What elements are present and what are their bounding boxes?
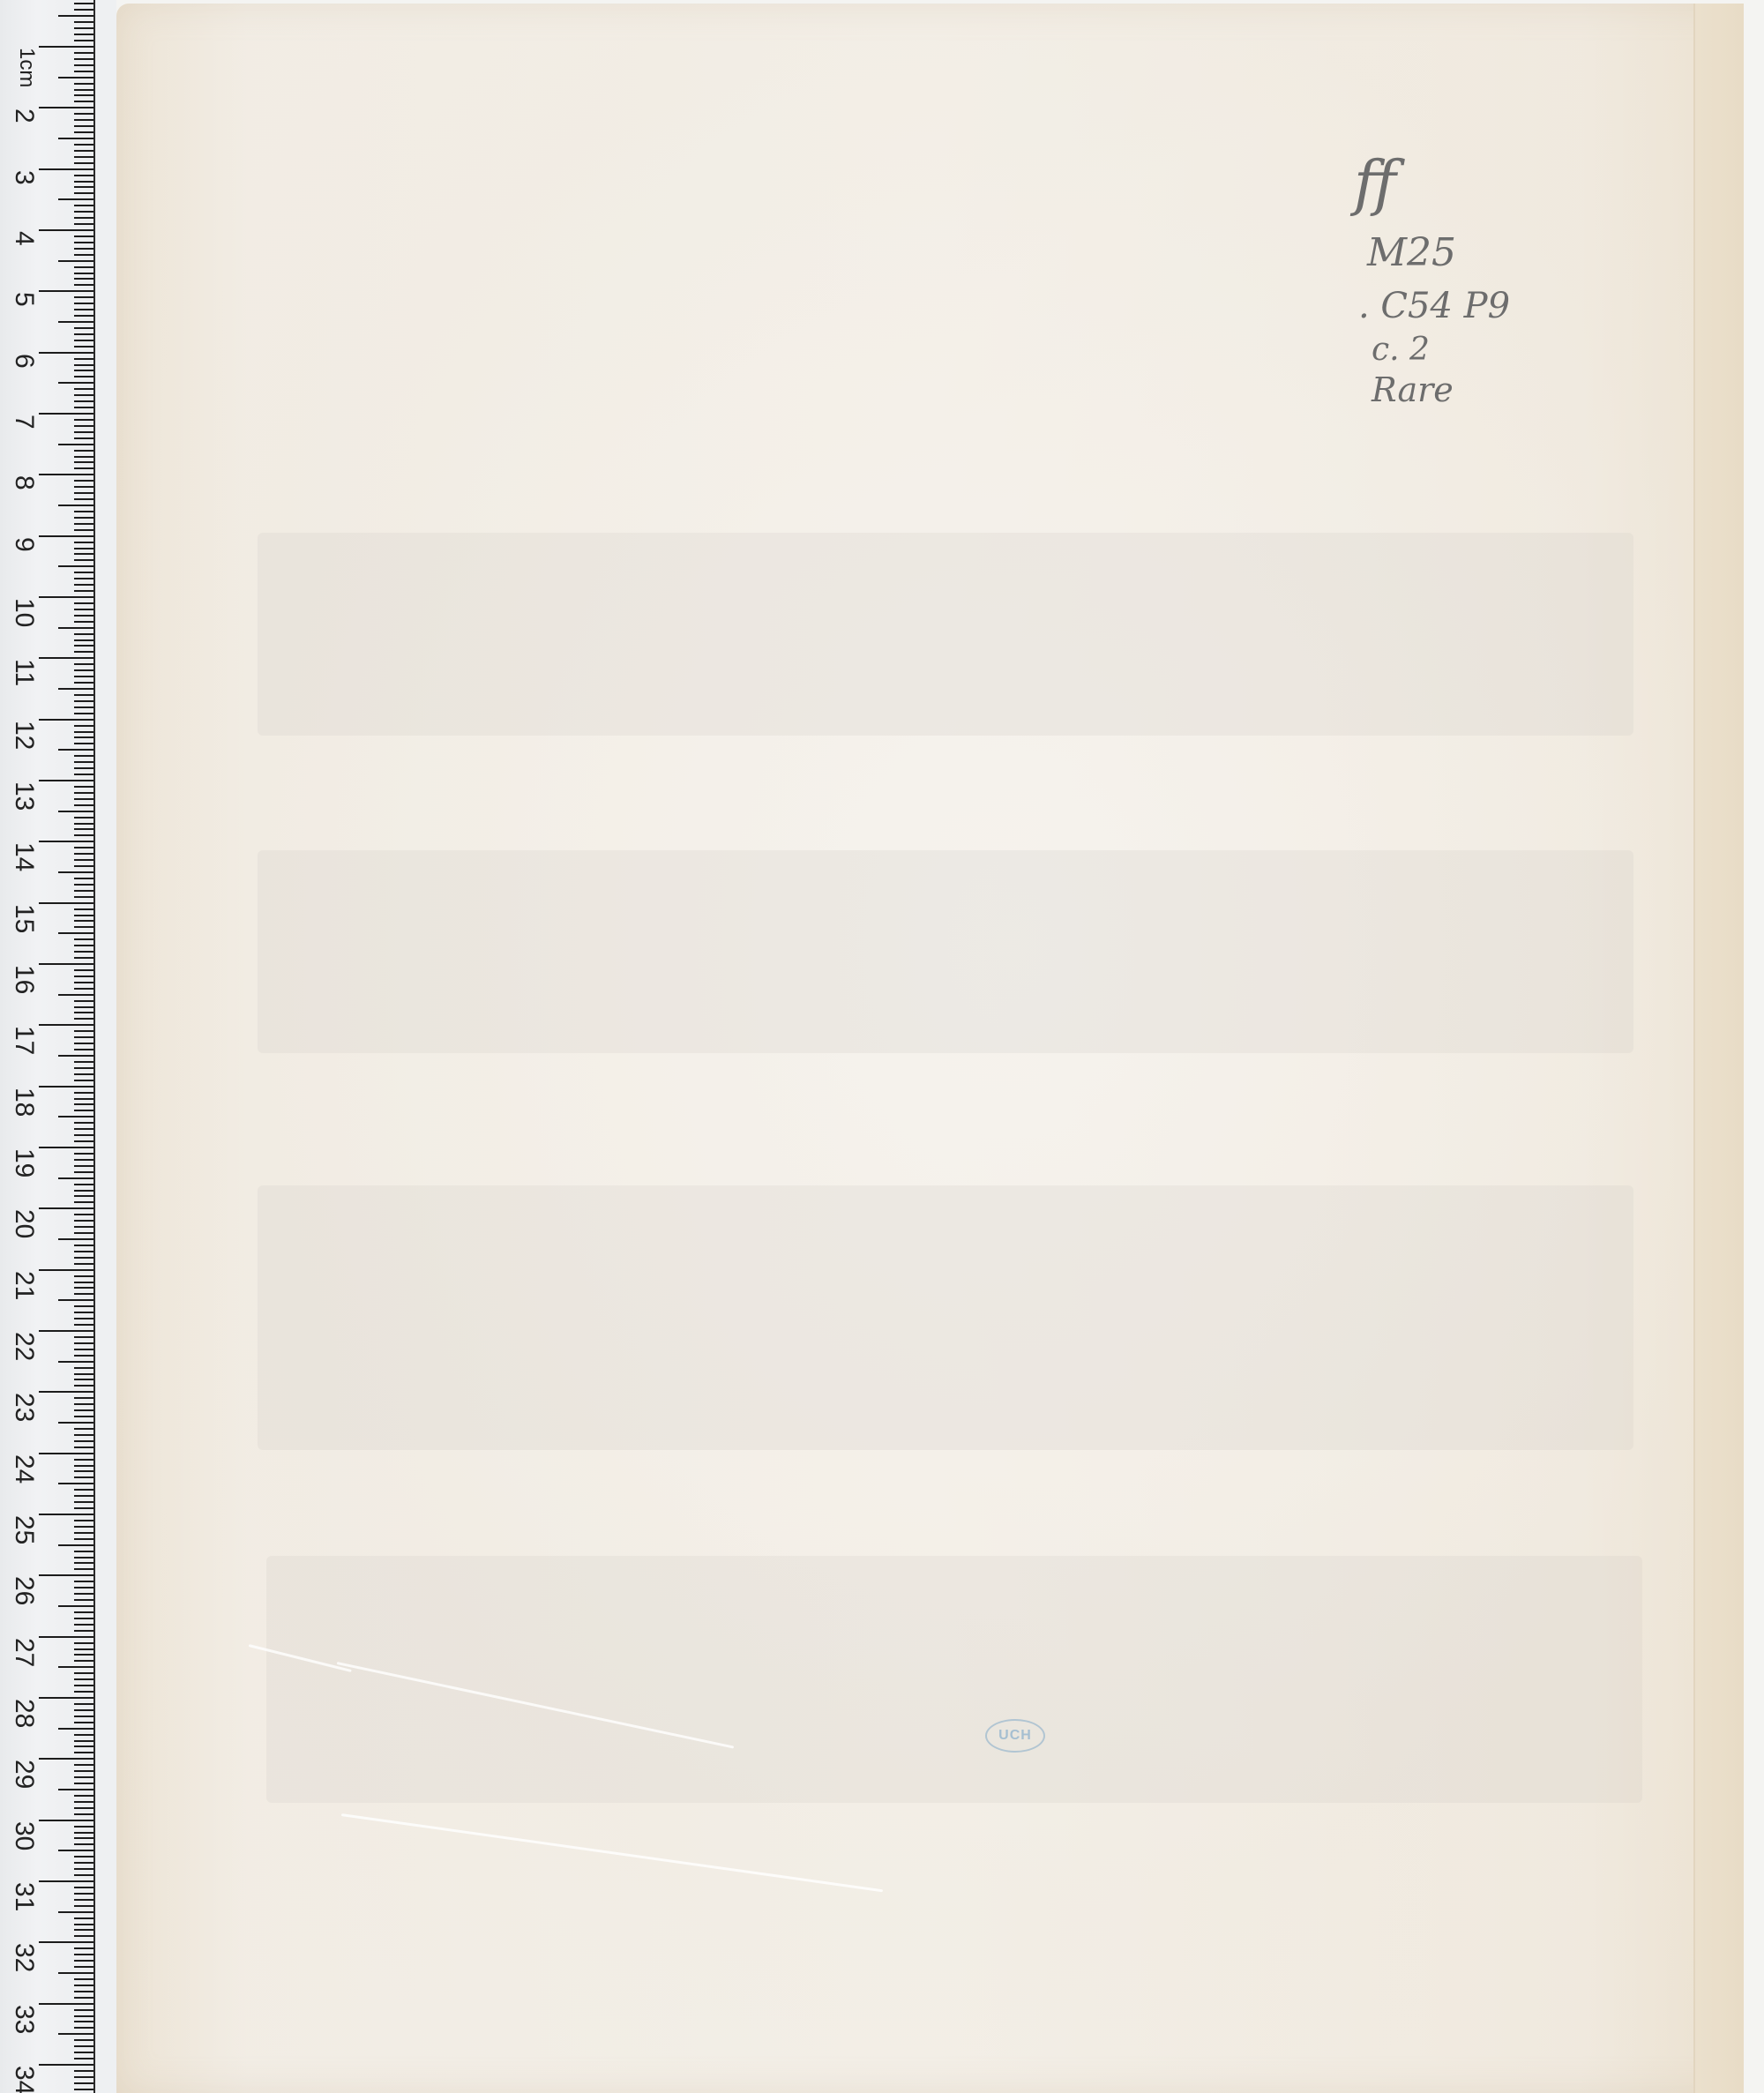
ruler-tick bbox=[74, 309, 93, 310]
ruler-tick bbox=[74, 1171, 93, 1173]
library-stamp: UCH bbox=[985, 1719, 1045, 1753]
ruler-tick bbox=[74, 1305, 93, 1307]
ruler-tick bbox=[74, 1470, 93, 1472]
ruler-tick bbox=[74, 1214, 93, 1215]
ruler-tick bbox=[74, 1140, 93, 1142]
ruler-number: 16 bbox=[9, 965, 39, 994]
ruler-number: 15 bbox=[9, 904, 39, 933]
ruler-tick bbox=[74, 1195, 93, 1197]
ruler-tick bbox=[74, 615, 93, 617]
ruler-tick bbox=[74, 1978, 93, 1980]
ruler-tick bbox=[74, 1416, 93, 1417]
ruler-number: 29 bbox=[9, 1760, 39, 1789]
ruler-tick bbox=[74, 1036, 93, 1038]
ruler-tick bbox=[74, 131, 93, 133]
ruler-tick bbox=[74, 1507, 93, 1509]
ruler-tick bbox=[74, 676, 93, 677]
ruler-tick bbox=[74, 1654, 93, 1656]
ruler-tick bbox=[74, 725, 93, 727]
ruler-tick bbox=[74, 1557, 93, 1559]
ruler-tick bbox=[74, 706, 93, 708]
ruler-tick bbox=[74, 333, 93, 335]
ruler-tick bbox=[58, 1728, 93, 1730]
ruler-tick bbox=[74, 1862, 93, 1864]
paper-crease bbox=[341, 1813, 883, 1892]
ruler-tick bbox=[74, 1080, 93, 1081]
ruler-tick bbox=[74, 1801, 93, 1803]
ruler-tick bbox=[74, 437, 93, 439]
ruler-tick bbox=[74, 2045, 93, 2047]
ruler-tick bbox=[58, 2033, 93, 2035]
ruler-tick bbox=[74, 27, 93, 29]
ruler-tick bbox=[74, 1917, 93, 1919]
ruler-tick bbox=[74, 296, 93, 298]
annotation-line: M25 bbox=[1367, 234, 1510, 273]
ruler-tick bbox=[74, 376, 93, 377]
ruler-tick bbox=[58, 198, 93, 200]
ruler-tick bbox=[39, 1147, 93, 1148]
ruler-tick bbox=[74, 1703, 93, 1705]
ruler-tick bbox=[74, 1067, 93, 1069]
ruler-tick bbox=[74, 1476, 93, 1478]
ruler-tick bbox=[39, 229, 93, 231]
ruler-tick bbox=[74, 529, 93, 531]
ruler-tick bbox=[74, 89, 93, 91]
ruler-tick bbox=[74, 1599, 93, 1601]
ruler-tick bbox=[58, 77, 93, 78]
ruler-tick bbox=[74, 1770, 93, 1772]
ruler-tick bbox=[58, 505, 93, 506]
ruler-number: 17 bbox=[9, 1026, 39, 1055]
show-through-block bbox=[258, 533, 1633, 736]
ruler-tick bbox=[74, 896, 93, 898]
show-through-block bbox=[266, 1556, 1642, 1803]
ruler-tick bbox=[74, 511, 93, 512]
ruler-tick bbox=[74, 358, 93, 360]
ruler-tick bbox=[74, 823, 93, 825]
ruler-tick bbox=[39, 719, 93, 721]
ruler-tick bbox=[39, 1024, 93, 1026]
ruler-tick bbox=[74, 1220, 93, 1222]
ruler-number: 20 bbox=[9, 1209, 39, 1238]
ruler-number: 24 bbox=[9, 1454, 39, 1484]
ruler-tick bbox=[74, 278, 93, 280]
ruler-tick bbox=[74, 1159, 93, 1161]
ruler-tick bbox=[74, 175, 93, 176]
ruler-tick bbox=[74, 1826, 93, 1828]
ruler-tick bbox=[74, 1795, 93, 1797]
ruler-tick bbox=[74, 1446, 93, 1448]
ruler-tick bbox=[74, 1245, 93, 1246]
ruler-tick bbox=[74, 1887, 93, 1888]
ruler-tick bbox=[39, 2064, 93, 2066]
ruler-tick bbox=[74, 1012, 93, 1013]
ruler-tick bbox=[74, 982, 93, 983]
ruler-tick bbox=[74, 1740, 93, 1742]
ruler-tick bbox=[74, 223, 93, 225]
ruler-tick bbox=[58, 138, 93, 139]
ruler-tick bbox=[39, 1574, 93, 1576]
ruler-tick bbox=[74, 83, 93, 85]
ruler-tick bbox=[74, 1813, 93, 1815]
ruler-tick bbox=[58, 1483, 93, 1484]
ruler-tick bbox=[74, 1098, 93, 1100]
show-through-block bbox=[258, 850, 1633, 1053]
ruler-tick bbox=[74, 884, 93, 886]
ruler-tick bbox=[74, 101, 93, 102]
ruler-tick bbox=[74, 1263, 93, 1265]
ruler-tick bbox=[74, 1783, 93, 1784]
ruler-tick bbox=[74, 2039, 93, 2041]
ruler-tick bbox=[39, 1086, 93, 1088]
ruler-tick bbox=[74, 1581, 93, 1582]
ruler-tick bbox=[74, 34, 93, 35]
ruler-tick bbox=[74, 1954, 93, 1955]
ruler-tick bbox=[74, 572, 93, 573]
ruler-tick bbox=[74, 957, 93, 959]
ruler-tick bbox=[74, 755, 93, 757]
ruler-tick bbox=[39, 1820, 93, 1821]
ruler-tick bbox=[74, 467, 93, 469]
ruler-tick bbox=[74, 1691, 93, 1693]
ruler-tick bbox=[74, 3, 93, 4]
ruler-tick bbox=[74, 1385, 93, 1387]
ruler-tick bbox=[74, 548, 93, 549]
ruler-tick bbox=[58, 1299, 93, 1301]
ruler-tick bbox=[74, 988, 93, 990]
ruler-tick bbox=[74, 486, 93, 488]
ruler-tick bbox=[74, 1678, 93, 1680]
ruler-tick bbox=[74, 217, 93, 219]
ruler-tick bbox=[74, 559, 93, 561]
ruler-tick bbox=[74, 1532, 93, 1534]
ruler-tick bbox=[74, 1379, 93, 1380]
ruler-tick bbox=[74, 346, 93, 348]
ruler-tick bbox=[74, 736, 93, 738]
ruler-tick bbox=[74, 492, 93, 494]
ruler-tick bbox=[74, 1538, 93, 1540]
ruler-tick bbox=[74, 602, 93, 604]
ruler-tick bbox=[58, 1116, 93, 1118]
ruler-number: 4 bbox=[9, 231, 39, 246]
ruler-tick bbox=[58, 1850, 93, 1851]
ruler-tick bbox=[74, 94, 93, 96]
ruler-tick bbox=[74, 71, 93, 72]
ruler-tick bbox=[39, 902, 93, 904]
ruler-tick bbox=[74, 1440, 93, 1442]
ruler-number: 22 bbox=[9, 1332, 39, 1361]
ruler-tick bbox=[74, 920, 93, 922]
ruler-tick bbox=[74, 1734, 93, 1736]
ruler-tick bbox=[39, 1880, 93, 1882]
ruler-tick bbox=[74, 1092, 93, 1094]
ruler-tick bbox=[74, 1049, 93, 1050]
ruler-tick bbox=[39, 352, 93, 354]
ruler-tick bbox=[74, 523, 93, 525]
ruler-tick bbox=[58, 688, 93, 690]
ruler-tick bbox=[74, 590, 93, 592]
ruler-tick bbox=[74, 254, 93, 256]
ruler-tick bbox=[74, 1184, 93, 1185]
ruler-tick bbox=[74, 1899, 93, 1901]
ruler-number: 26 bbox=[9, 1576, 39, 1605]
ruler-tick bbox=[74, 786, 93, 788]
ruler-tick bbox=[39, 1269, 93, 1271]
ruler-tick bbox=[74, 1018, 93, 1020]
ruler-tick bbox=[74, 119, 93, 121]
ruler-tick bbox=[58, 1422, 93, 1424]
ruler-tick bbox=[74, 1201, 93, 1203]
annotation-line: ff bbox=[1354, 154, 1510, 214]
ruler-number: 25 bbox=[9, 1515, 39, 1544]
ruler-tick bbox=[74, 663, 93, 665]
ruler-tick bbox=[74, 2070, 93, 2072]
ruler-tick bbox=[74, 125, 93, 127]
ruler-tick bbox=[58, 1177, 93, 1179]
ruler-tick bbox=[74, 1122, 93, 1124]
ruler-tick bbox=[58, 1666, 93, 1668]
ruler-tick bbox=[58, 1361, 93, 1363]
ruler-tick bbox=[74, 1275, 93, 1277]
ruler-tick bbox=[39, 107, 93, 108]
ruler-tick bbox=[74, 951, 93, 953]
ruler-tick bbox=[74, 21, 93, 23]
ruler-tick bbox=[74, 1776, 93, 1778]
ruler-tick bbox=[74, 1568, 93, 1570]
annotation-line: . C54 P9 bbox=[1358, 288, 1510, 324]
ruler-tick bbox=[74, 609, 93, 610]
ruler-tick bbox=[74, 774, 93, 775]
ruler-tick bbox=[58, 1789, 93, 1790]
ruler-tick bbox=[74, 1226, 93, 1228]
ruler-tick bbox=[74, 1073, 93, 1075]
ruler-tick bbox=[74, 1030, 93, 1032]
ruler-tick bbox=[74, 1745, 93, 1747]
ruler-tick bbox=[74, 1924, 93, 1925]
ruler-tick bbox=[58, 565, 93, 567]
ruler-tick bbox=[39, 168, 93, 170]
ruler-number: 2 bbox=[9, 108, 39, 123]
ruler-tick bbox=[74, 266, 93, 268]
ruler-tick bbox=[74, 2089, 93, 2090]
ruler-tick bbox=[58, 1544, 93, 1546]
ruler-tick bbox=[74, 1856, 93, 1858]
ruler-number: 5 bbox=[9, 292, 39, 307]
ruler-number: 11 bbox=[9, 659, 39, 686]
ruler-tick bbox=[74, 52, 93, 54]
ruler-tick bbox=[74, 1997, 93, 1999]
ruler-tick bbox=[74, 388, 93, 390]
ruler-tick bbox=[74, 1935, 93, 1937]
ruler-number: 30 bbox=[9, 1821, 39, 1850]
ruler-tick bbox=[58, 811, 93, 812]
ruler-tick bbox=[39, 1330, 93, 1332]
ruler-tick bbox=[74, 1110, 93, 1111]
ruler-tick bbox=[39, 963, 93, 965]
ruler-tick bbox=[74, 1501, 93, 1503]
ruler-tick bbox=[74, 156, 93, 158]
ruler-tick bbox=[74, 945, 93, 946]
ruler-tick bbox=[74, 1428, 93, 1430]
ruler-tick bbox=[74, 517, 93, 519]
ruler-tick bbox=[39, 1514, 93, 1515]
ruler-tick bbox=[74, 1587, 93, 1588]
ruler-tick bbox=[74, 327, 93, 329]
ruler-tick bbox=[74, 1434, 93, 1436]
ruler-number: 18 bbox=[9, 1088, 39, 1117]
ruler-tick bbox=[74, 498, 93, 500]
annotation-line: c. 2 bbox=[1372, 334, 1510, 366]
ruler-tick bbox=[74, 853, 93, 855]
ruler-tick bbox=[74, 1403, 93, 1405]
ruler-tick bbox=[74, 1874, 93, 1876]
ruler-tick bbox=[58, 1055, 93, 1057]
ruler-tick bbox=[74, 186, 93, 188]
ruler-tick bbox=[58, 1605, 93, 1607]
ruler-tick bbox=[74, 1985, 93, 1986]
ruler-tick bbox=[58, 871, 93, 873]
scanner-background bbox=[95, 0, 116, 2093]
ruler-tick bbox=[39, 46, 93, 48]
ruler-tick bbox=[74, 915, 93, 916]
ruler-tick bbox=[74, 1232, 93, 1234]
ruler-tick bbox=[58, 1911, 93, 1913]
ruler-tick bbox=[74, 817, 93, 819]
ruler-tick bbox=[74, 2052, 93, 2053]
ruler-tick bbox=[39, 413, 93, 415]
ruler-tick bbox=[74, 461, 93, 463]
ruler-tick bbox=[74, 2082, 93, 2084]
ruler-tick bbox=[74, 1465, 93, 1467]
ruler-tick bbox=[58, 749, 93, 751]
ruler-tick bbox=[74, 248, 93, 250]
ruler-tick bbox=[74, 761, 93, 763]
ruler-tick bbox=[39, 1636, 93, 1638]
ruler-tick bbox=[74, 1624, 93, 1626]
ruler-tick bbox=[74, 144, 93, 146]
ruler-tick bbox=[39, 1941, 93, 1943]
ruler-tick bbox=[74, 242, 93, 243]
ruler-tick bbox=[74, 1764, 93, 1766]
ruler-tick bbox=[74, 908, 93, 910]
ruler-tick bbox=[39, 1207, 93, 1209]
ruler-tick bbox=[74, 694, 93, 696]
ruler-tick bbox=[74, 1660, 93, 1662]
ruler-tick bbox=[74, 1128, 93, 1130]
ruler-tick bbox=[74, 1397, 93, 1399]
ruler-tick bbox=[74, 1716, 93, 1717]
ruler-tick bbox=[74, 431, 93, 433]
ruler-tick bbox=[74, 1495, 93, 1497]
ruler-tick bbox=[74, 878, 93, 879]
ruler-tick bbox=[74, 1893, 93, 1895]
ruler-tick bbox=[74, 767, 93, 769]
ruler-tick bbox=[74, 1562, 93, 1564]
ruler-number: 7 bbox=[9, 415, 39, 430]
ruler-tick bbox=[74, 1282, 93, 1283]
ruler-number: 19 bbox=[9, 1148, 39, 1177]
page-edge-fold bbox=[1693, 4, 1744, 2093]
ruler-tick bbox=[74, 1709, 93, 1711]
ruler-tick bbox=[58, 932, 93, 934]
ruler-number: 31 bbox=[9, 1882, 39, 1911]
ruler-tick bbox=[74, 315, 93, 317]
ruler-tick bbox=[39, 474, 93, 475]
ruler-tick bbox=[74, 1960, 93, 1962]
ruler-number: 8 bbox=[9, 475, 39, 490]
ruler-tick bbox=[74, 834, 93, 836]
ruler-tick bbox=[74, 1043, 93, 1044]
measurement-ruler: 1cm2345678910111213141516171819202122232… bbox=[0, 0, 95, 2093]
ruler-tick bbox=[74, 58, 93, 60]
ruler-tick bbox=[74, 1722, 93, 1723]
ruler-number: 21 bbox=[9, 1271, 39, 1300]
ruler-tick bbox=[74, 480, 93, 482]
ruler-tick bbox=[58, 321, 93, 323]
ruler-tick bbox=[74, 1520, 93, 1521]
ruler-tick bbox=[39, 841, 93, 842]
ruler-tick bbox=[74, 847, 93, 848]
ruler-unit-label: 1cm bbox=[14, 48, 39, 87]
ruler-tick bbox=[74, 553, 93, 555]
ruler-tick bbox=[58, 627, 93, 629]
ruler-tick bbox=[74, 370, 93, 371]
ruler-tick bbox=[74, 1459, 93, 1461]
ruler-tick bbox=[74, 364, 93, 366]
show-through-block bbox=[258, 1185, 1633, 1450]
ruler-tick bbox=[74, 273, 93, 274]
ruler-tick bbox=[74, 40, 93, 41]
ruler-number: 23 bbox=[9, 1393, 39, 1422]
ruler-tick bbox=[74, 743, 93, 744]
ruler-tick bbox=[74, 645, 93, 647]
ruler-tick bbox=[74, 235, 93, 237]
ruler-tick bbox=[74, 700, 93, 702]
ruler-tick bbox=[74, 64, 93, 66]
ruler-tick bbox=[74, 303, 93, 304]
ruler-tick bbox=[74, 1336, 93, 1338]
ruler-tick bbox=[74, 975, 93, 977]
ruler-tick bbox=[74, 542, 93, 543]
ruler-number: 3 bbox=[9, 170, 39, 185]
ruler-tick bbox=[74, 1947, 93, 1949]
ruler-tick bbox=[74, 1685, 93, 1686]
ruler-tick bbox=[74, 1153, 93, 1155]
ruler-tick bbox=[74, 804, 93, 806]
ruler-tick bbox=[74, 1991, 93, 1992]
ruler-tick bbox=[58, 1972, 93, 1974]
ruler-number: 9 bbox=[9, 537, 39, 552]
ruler-tick bbox=[74, 1373, 93, 1375]
ruler-tick bbox=[74, 1257, 93, 1259]
ruler-tick bbox=[74, 1312, 93, 1313]
ruler-tick bbox=[74, 407, 93, 408]
ruler-tick bbox=[74, 1134, 93, 1136]
ruler-tick bbox=[74, 1837, 93, 1839]
ruler-tick bbox=[74, 1832, 93, 1834]
ruler-tick bbox=[58, 382, 93, 384]
ruler-tick bbox=[74, 1611, 93, 1613]
ruler-number: 13 bbox=[9, 781, 39, 811]
ruler-tick bbox=[39, 780, 93, 781]
ruler-tick bbox=[74, 938, 93, 940]
ruler-tick bbox=[74, 211, 93, 213]
ruler-number: 14 bbox=[9, 842, 39, 871]
ruler-tick bbox=[39, 290, 93, 292]
ruler-tick bbox=[74, 890, 93, 892]
ruler-tick bbox=[74, 926, 93, 928]
ruler-tick bbox=[74, 669, 93, 671]
